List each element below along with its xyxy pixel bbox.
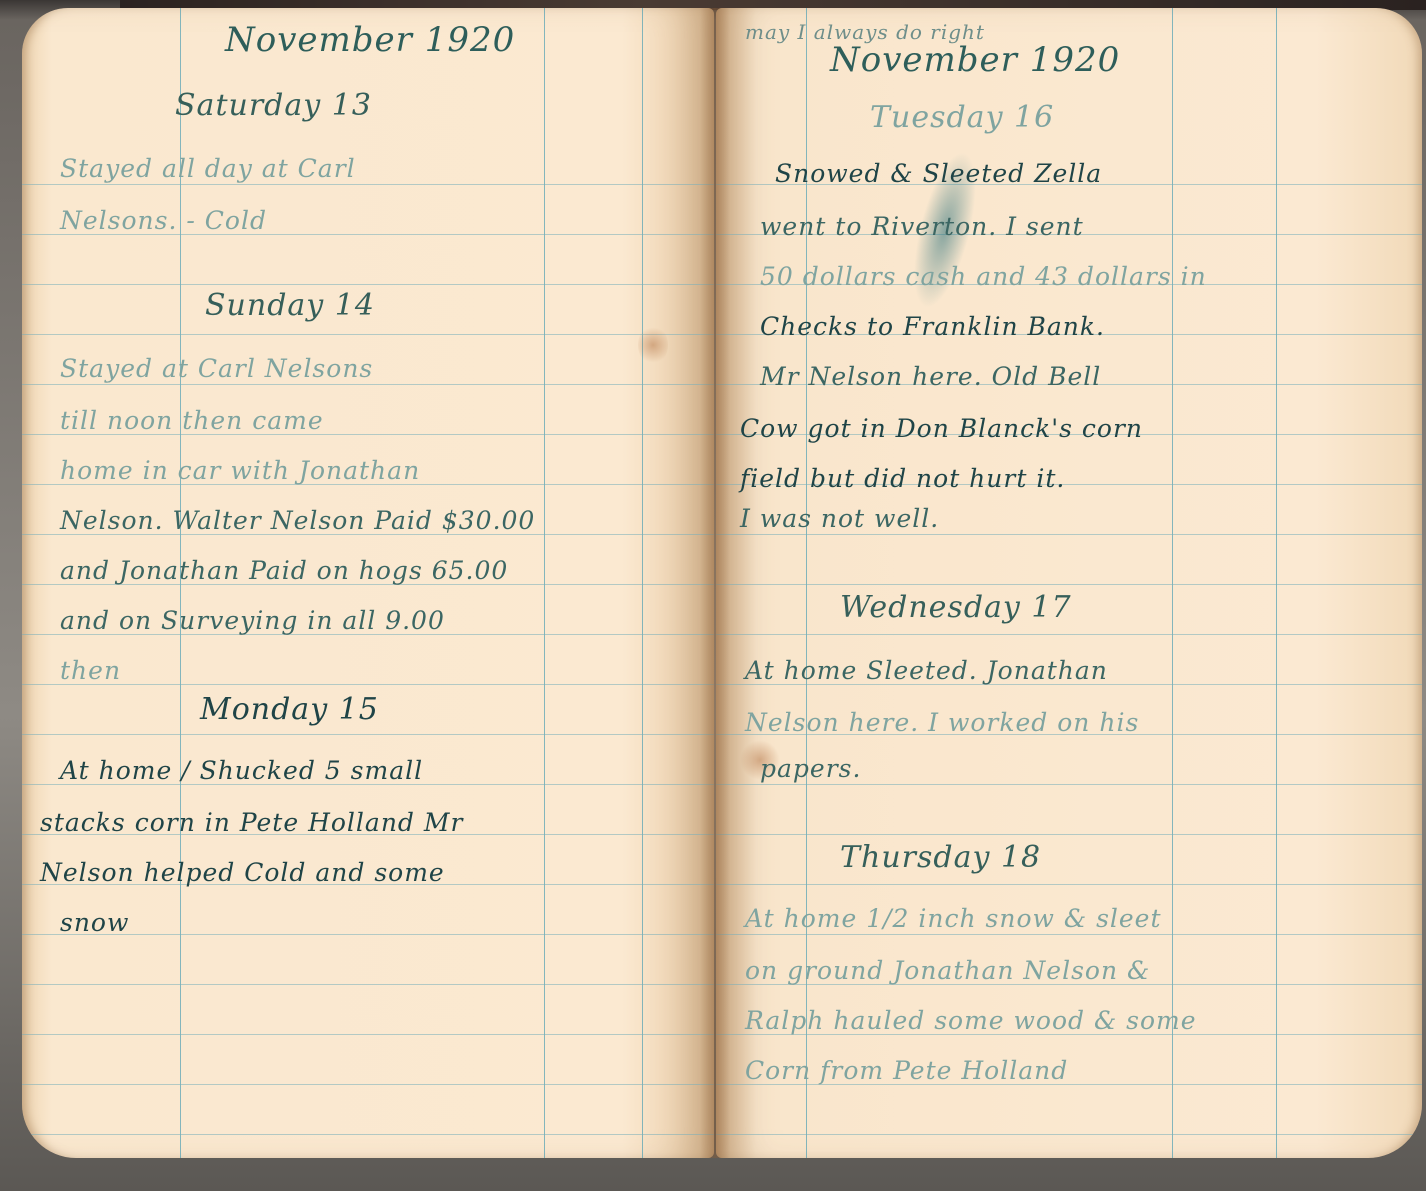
entry-day-title: Monday 15 (200, 692, 379, 727)
ruled-line (22, 1134, 714, 1135)
entry-day-title: Thursday 18 (840, 840, 1041, 875)
entry-line: Nelson helped Cold and some (40, 854, 445, 892)
entry-line: Mr Nelson here. Old Bell (760, 358, 1101, 396)
book-spine-gutter (700, 8, 730, 1158)
column-rule (642, 8, 643, 1158)
entry-line: and on Surveying in all 9.00 (60, 602, 445, 640)
paper-stain (638, 325, 668, 365)
entry-line: stacks corn in Pete Holland Mr (40, 804, 463, 842)
ruled-line (22, 684, 714, 685)
entry-line: At home / Shucked 5 small (60, 752, 423, 790)
ruled-line (22, 284, 714, 285)
ruled-line (716, 834, 1422, 835)
ruled-line (716, 584, 1422, 585)
entry-line: field but did not hurt it. (740, 460, 1065, 498)
entry-line: then (60, 652, 121, 690)
entry-line: and Jonathan Paid on hogs 65.00 (60, 552, 508, 590)
entry-line: Stayed at Carl Nelsons (60, 350, 373, 388)
entry-line: At home Sleeted. Jonathan (745, 652, 1108, 690)
column-rule (1172, 8, 1173, 1158)
right-page-header: November 1920 (830, 40, 1120, 80)
ruled-line (22, 1084, 714, 1085)
column-rule (1276, 8, 1277, 1158)
entry-line: papers. (760, 750, 861, 788)
entry-line: Snowed & Sleeted Zella (775, 155, 1102, 193)
ruled-line (22, 984, 714, 985)
entry-line: Ralph hauled some wood & some (745, 1002, 1197, 1040)
entry-line: Checks to Franklin Bank. (760, 308, 1105, 346)
entry-line: home in car with Jonathan (60, 452, 420, 490)
entry-line: 50 dollars cash and 43 dollars in (760, 258, 1207, 296)
entry-day-title: Wednesday 17 (840, 590, 1072, 625)
entry-line: Nelson here. I worked on his (745, 704, 1139, 742)
column-rule (544, 8, 545, 1158)
entry-line: went to Riverton. I sent (760, 208, 1084, 246)
ruled-line (716, 1134, 1422, 1135)
entry-line: Cow got in Don Blanck's corn (740, 410, 1143, 448)
entry-line: on ground Jonathan Nelson & (745, 952, 1150, 990)
entry-line: Nelsons. - Cold (60, 202, 267, 240)
left-page-header: November 1920 (225, 20, 515, 60)
entry-line: I was not well. (740, 500, 939, 538)
ruled-line (22, 1034, 714, 1035)
entry-line: till noon then came (60, 402, 324, 440)
entry-line: Stayed all day at Carl (60, 150, 356, 188)
ruled-line (716, 884, 1422, 885)
ruled-line (22, 734, 714, 735)
ruled-line (22, 334, 714, 335)
entry-day-title: Sunday 14 (205, 288, 375, 323)
entry-line: snow (60, 904, 129, 942)
entry-day-title: Saturday 13 (175, 88, 372, 123)
entry-line: At home 1/2 inch snow & sleet (745, 900, 1162, 938)
entry-line: Corn from Pete Holland (745, 1052, 1068, 1090)
entry-day-title: Tuesday 16 (870, 100, 1054, 135)
entry-line: Nelson. Walter Nelson Paid $30.00 (60, 502, 535, 540)
ruled-line (716, 634, 1422, 635)
